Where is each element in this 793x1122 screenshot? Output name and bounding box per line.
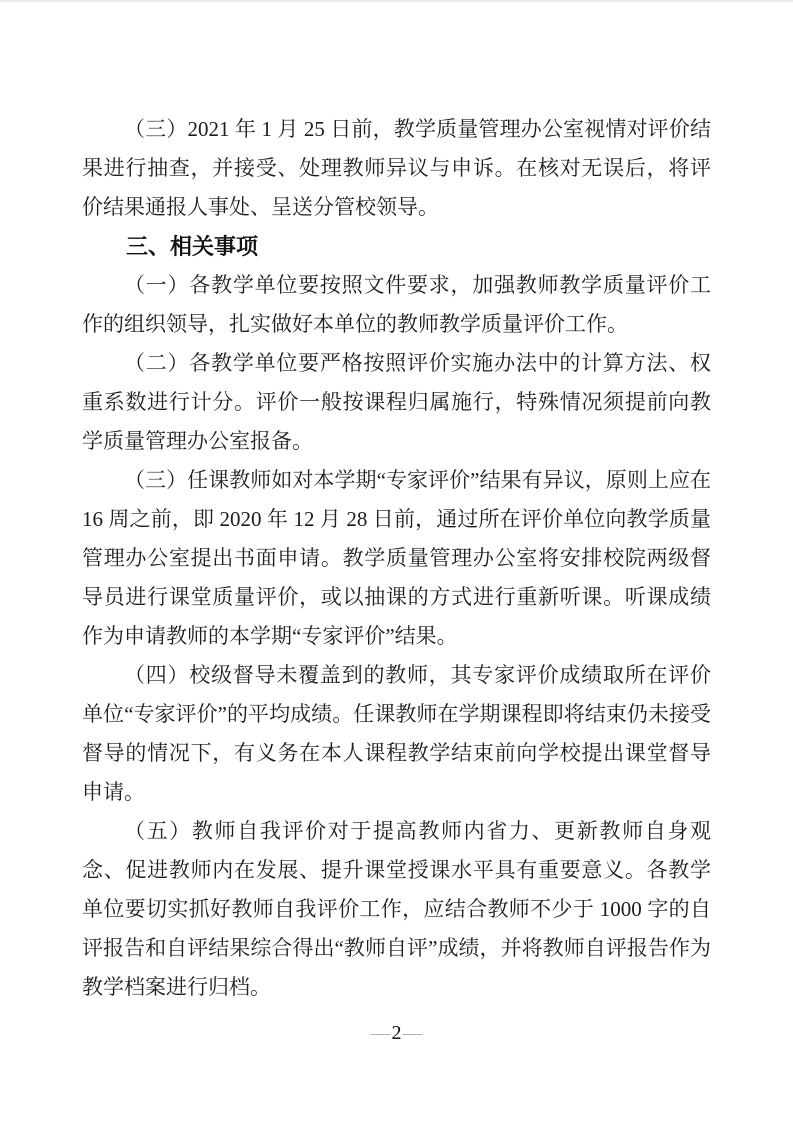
- paragraph-item-1: （一）各教学单位要按照文件要求，加强教师教学质量评价工作的组织领导，扎实做好本单…: [82, 266, 711, 344]
- section-heading: 三、相关事项: [82, 227, 711, 266]
- page-number-dash-right: —: [403, 1022, 423, 1044]
- page-number-dash-left: —: [371, 1022, 391, 1044]
- document-body: （三）2021 年 1 月 25 日前，教学质量管理办公室视情对评价结果进行抽查…: [82, 110, 711, 1007]
- paragraph-item-3: （三）任课教师如对本学期“专家评价”结果有异议，原则上应在 16 周之前，即 2…: [82, 461, 711, 656]
- paragraph-item-2: （二）各教学单位要严格按照评价实施办法中的计算方法、权重系数进行计分。评价一般按…: [82, 344, 711, 461]
- paragraph-intro-item-3: （三）2021 年 1 月 25 日前，教学质量管理办公室视情对评价结果进行抽查…: [82, 110, 711, 227]
- paragraph-item-5: （五）教师自我评价对于提高教师内省力、更新教师自身观念、促进教师内在发展、提升课…: [82, 812, 711, 1007]
- paragraph-item-4: （四）校级督导未覆盖到的教师，其专家评价成绩取所在评价单位“专家评价”的平均成绩…: [82, 656, 711, 812]
- page-number: 2: [391, 1022, 403, 1044]
- page-footer: —2—: [0, 1020, 793, 1046]
- document-page: （三）2021 年 1 月 25 日前，教学质量管理办公室视情对评价结果进行抽查…: [0, 0, 793, 1122]
- page-top-edge: [0, 0, 793, 2]
